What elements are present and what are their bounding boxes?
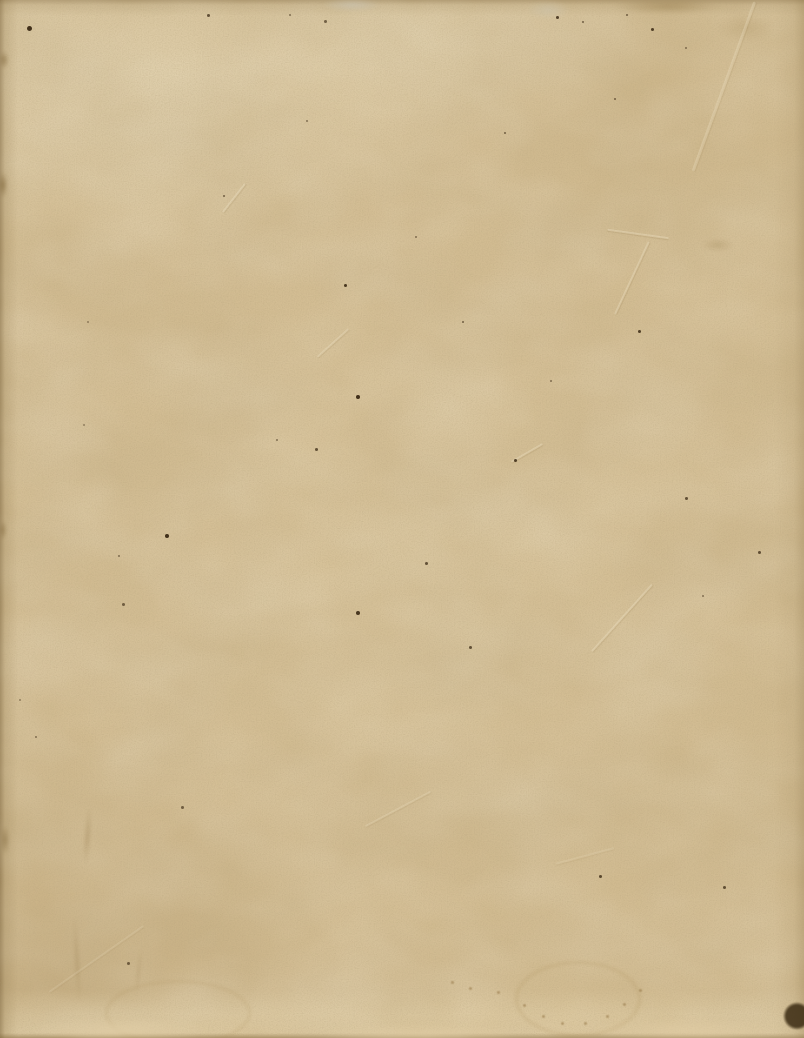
crease-scratch (591, 584, 653, 652)
streak-stain (81, 806, 92, 866)
stains-layer (0, 0, 804, 1038)
crease-scratch (365, 791, 431, 828)
foxing-speck (118, 555, 120, 557)
foxing-speck (758, 551, 761, 554)
foxing-speck (550, 380, 552, 382)
foxing-speck (462, 321, 464, 323)
foxing-speck (83, 424, 85, 426)
smudge-stain (0, 520, 7, 540)
streak-stain (72, 915, 83, 1005)
foxing-speck (638, 330, 641, 333)
foxing-speck (324, 20, 327, 23)
crease-scratch (607, 229, 669, 240)
foxing-speck (306, 120, 308, 122)
paper-grain-texture (0, 0, 804, 1038)
foxing-speck (181, 806, 184, 809)
smudge-stain (30, 1017, 210, 1038)
crease-scratch (556, 847, 614, 864)
foxing-speck (504, 132, 506, 134)
ring-stain-dot (623, 1003, 626, 1006)
smudge-stain (0, 51, 9, 69)
foxing-speck (599, 875, 602, 878)
crease-scratch (511, 443, 543, 463)
foxing-speck (582, 21, 584, 23)
ring-stain-dot (497, 991, 500, 994)
foxing-speck (87, 321, 89, 323)
foxing-speck (165, 534, 169, 538)
specks-layer (0, 0, 804, 1038)
smudge-stain (526, 0, 570, 20)
aged-paper-sheet (0, 0, 804, 1038)
ring-stain-dot (584, 1022, 587, 1025)
foxing-speck (415, 236, 417, 238)
foxing-speck (35, 736, 37, 738)
crease-scratch (614, 241, 650, 314)
ring-stain-dot (606, 1015, 609, 1018)
foxing-speck (685, 497, 688, 500)
crease-scratch (48, 925, 143, 993)
ring-stain-dot (451, 981, 454, 984)
streak-stain (133, 947, 143, 997)
ring-stain-dot (469, 987, 472, 990)
foxing-speck (127, 962, 130, 965)
foxing-speck (425, 562, 428, 565)
foxing-speck (27, 26, 32, 31)
smudge-stain (322, 0, 382, 12)
blot-stain (783, 1002, 804, 1030)
ring-stain-dot (561, 1022, 564, 1025)
foxing-speck (514, 459, 517, 462)
foxing-speck (207, 14, 210, 17)
foxing-speck (315, 448, 318, 451)
smudge-stain (0, 172, 8, 198)
foxing-speck (122, 603, 125, 606)
foxing-speck (356, 611, 360, 615)
foxing-speck (19, 699, 21, 701)
foxing-speck (223, 195, 225, 197)
foxing-speck (685, 47, 687, 49)
smudge-stain (715, 13, 775, 43)
crease-scratch (317, 328, 350, 358)
foxing-speck (276, 439, 278, 441)
foxing-speck (356, 395, 360, 399)
ring-stain-dot (542, 1015, 545, 1018)
foxing-speck (344, 284, 347, 287)
ring-stain-dot (523, 1004, 526, 1007)
crease-scratch (692, 1, 756, 171)
foxing-speck (723, 886, 726, 889)
foxing-speck (702, 595, 704, 597)
foxing-speck (469, 646, 472, 649)
foxing-speck (289, 14, 291, 16)
ring-stain (105, 980, 251, 1038)
ring-stain (515, 961, 641, 1037)
creases-layer (0, 0, 804, 1038)
foxing-speck (614, 98, 616, 100)
smudge-stain (0, 825, 10, 855)
smudge-stain (613, 0, 723, 14)
ring-stain-dot (639, 989, 642, 992)
crease-scratch (222, 183, 246, 213)
foxing-speck (651, 28, 654, 31)
smudge-stain (590, 1018, 790, 1038)
foxing-speck (556, 16, 559, 19)
smudge-stain (310, 1023, 530, 1038)
foxing-speck (626, 14, 628, 16)
smudge-stain (701, 238, 735, 252)
